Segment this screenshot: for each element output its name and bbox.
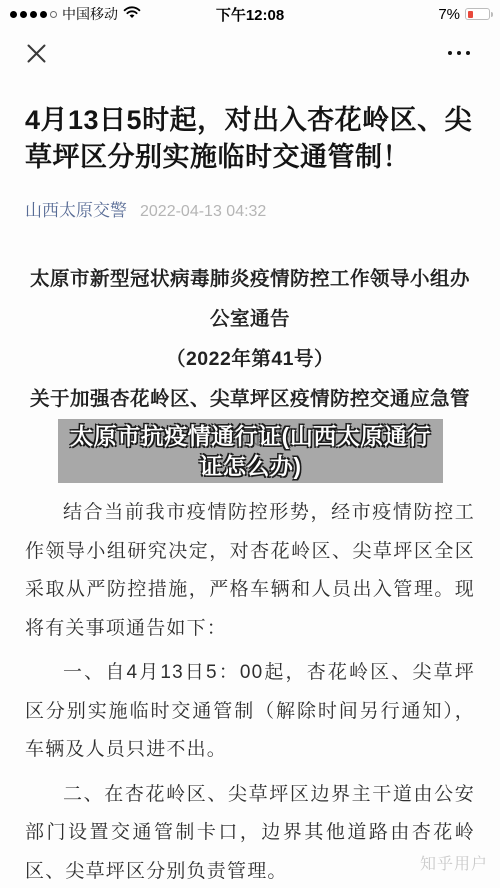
paragraph: 结合当前我市疫情防控形势，经市疫情防控工作领导小组研究决定，对杏花岭区、尖草坪区… bbox=[25, 494, 475, 648]
paragraph: 二、在杏花岭区、尖草坪区边界主干道由公安部门设置交通管制卡口，边界其他道路由杏花… bbox=[25, 776, 475, 888]
author-link[interactable]: 山西太原交警 bbox=[25, 196, 127, 221]
clock-label: 下午12:08 bbox=[216, 4, 284, 25]
close-icon[interactable] bbox=[25, 42, 47, 64]
status-bar: 中国移动 下午12:08 7% bbox=[0, 0, 500, 26]
signal-dot-empty bbox=[50, 11, 57, 18]
carrier-label: 中国移动 bbox=[62, 4, 118, 24]
more-menu-icon[interactable] bbox=[448, 45, 471, 62]
phone-screen: 中国移动 下午12:08 7% bbox=[0, 0, 500, 888]
byline: 山西太原交警 2022-04-13 04:32 bbox=[25, 196, 475, 221]
gray-overlay-caption: 太原市抗疫情通行证(山西太原通行证怎么办) bbox=[58, 419, 443, 483]
signal-dot bbox=[20, 11, 27, 18]
more-dot bbox=[448, 51, 453, 56]
notice-heading-line: 太原市新型冠状病毒肺炎疫情防控工作领导小组办 bbox=[25, 259, 475, 299]
article-title: 4月13日5时起，对出入杏花岭区、尖草坪区分别实施临时交通管制！ bbox=[25, 102, 475, 176]
article-body: 4月13日5时起，对出入杏花岭区、尖草坪区分别实施临时交通管制！ 山西太原交警 … bbox=[0, 102, 500, 888]
nav-bar bbox=[0, 26, 500, 80]
status-right: 7% bbox=[438, 6, 490, 23]
wifi-icon bbox=[123, 5, 141, 24]
notice-heading-line: 公室通告 bbox=[25, 299, 475, 339]
battery-low-icon bbox=[465, 8, 490, 20]
paragraph: 一、自4月13日5：00起，杏花岭区、尖草坪区分别实施临时交通管制（解除时间另行… bbox=[25, 654, 475, 770]
signal-dot bbox=[10, 11, 17, 18]
more-dot bbox=[457, 51, 462, 56]
notice-heading-line: 关于加强杏花岭区、尖草坪区疫情防控交通应急管 bbox=[25, 379, 475, 419]
notice-heading-line: （2022年第41号） bbox=[25, 339, 475, 379]
notice-heading-block: 太原市新型冠状病毒肺炎疫情防控工作领导小组办 公室通告 （2022年第41号） … bbox=[25, 259, 475, 459]
battery-fill bbox=[468, 11, 473, 18]
signal-strength-icon bbox=[10, 11, 57, 18]
battery-percent-label: 7% bbox=[438, 6, 460, 23]
battery-nub bbox=[491, 12, 494, 17]
signal-dot bbox=[30, 11, 37, 18]
publish-date: 2022-04-13 04:32 bbox=[140, 203, 266, 221]
status-left: 中国移动 bbox=[10, 4, 141, 24]
zhihu-user-watermark: 知乎用户 bbox=[420, 851, 488, 874]
more-dot bbox=[466, 51, 471, 56]
signal-dot bbox=[40, 11, 47, 18]
